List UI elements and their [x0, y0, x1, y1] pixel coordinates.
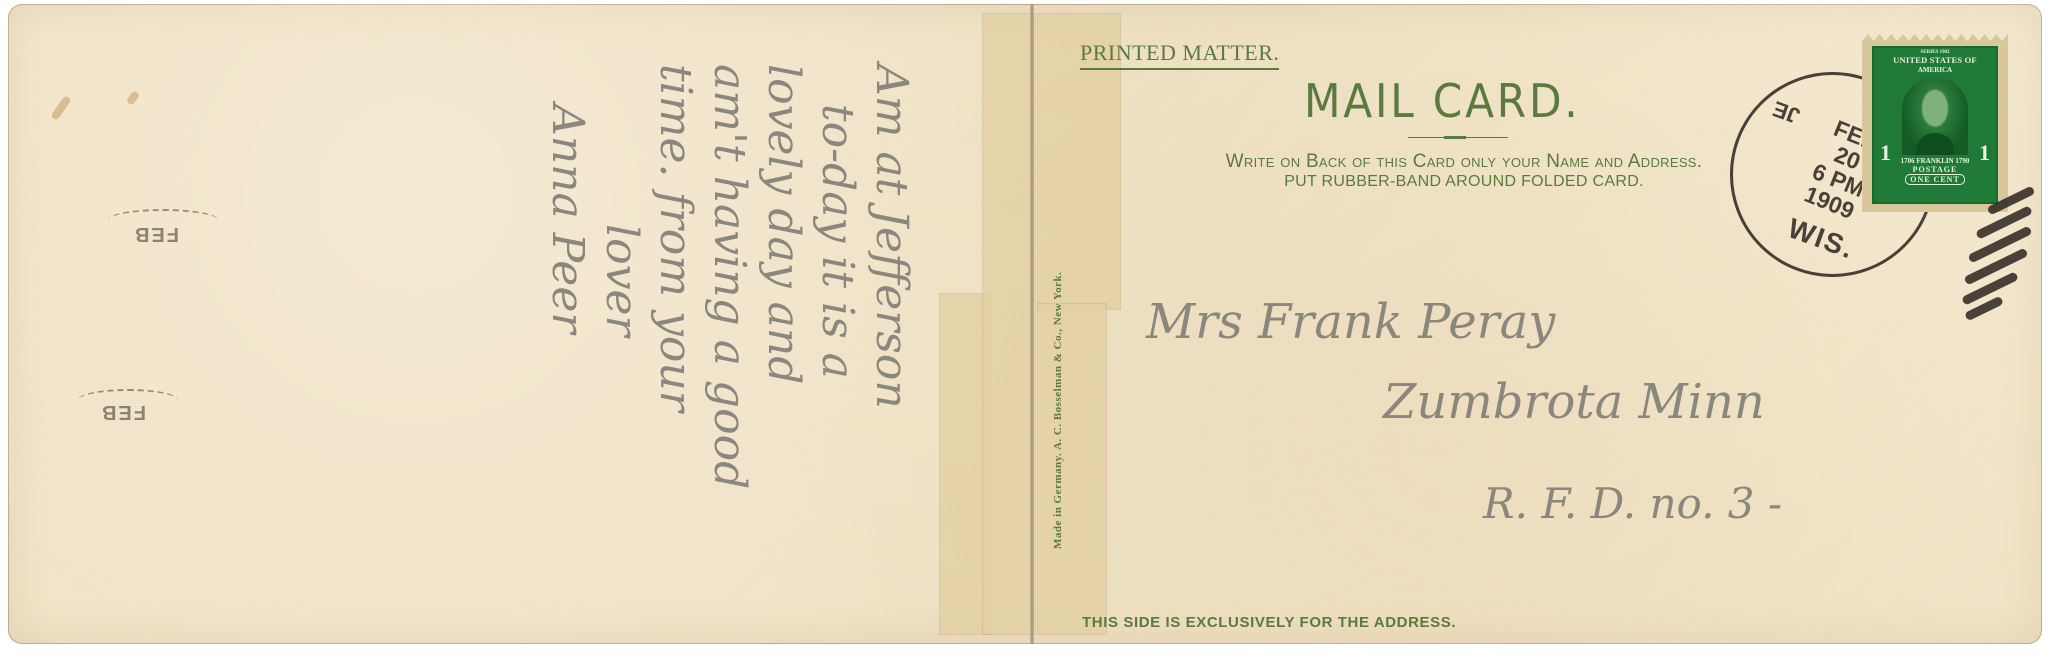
faint-postmark-upper: FEB [133, 222, 179, 245]
address-line-route: R. F. D. no. 3 - [1483, 479, 1782, 528]
message-line: am't having a good [702, 64, 756, 489]
address-side-footer: THIS SIDE IS EXCLUSIVELY FOR THE ADDRESS… [1082, 614, 1456, 631]
stamp-country: UNITED STATES OF [1893, 55, 1977, 65]
stamp-name: 1706 FRANKLIN 1790 [1901, 157, 1970, 165]
instructions-line-1: Write on Back of this Card only your Nam… [1144, 152, 1784, 172]
stamp-design: SERIES 1902 UNITED STATES OF AMERICA 1 1… [1872, 46, 1998, 204]
printed-matter-label: PRINTED MATTER. [1080, 40, 1279, 70]
message-line: Am at Jefferson [864, 64, 918, 489]
address-line-name: Mrs Frank Peray [1146, 294, 1555, 350]
stain [50, 95, 71, 121]
message-line: lovely day and [756, 64, 810, 489]
stamp-america: AMERICA [1918, 66, 1952, 74]
stamp-postage: POSTAGE [1913, 165, 1958, 174]
postmark-town: JE [1769, 95, 1803, 129]
faint-postmark-lower: FEB [100, 400, 146, 423]
handwritten-message: Am at Jefferson to-day it is a lovely da… [540, 64, 918, 489]
message-line: lover [594, 224, 648, 489]
stamp-numeral: 1 [1979, 140, 1990, 166]
stamp-value: ONE CENT [1905, 174, 1965, 185]
stain [126, 90, 141, 106]
mail-card: FEB FEB Am at Jefferson to-day it is a l… [8, 4, 2042, 644]
message-panel: FEB FEB Am at Jefferson to-day it is a l… [8, 4, 1028, 644]
repair-tape [983, 14, 1035, 634]
stamp-numeral: 1 [1880, 140, 1891, 166]
message-signature: Anna Peer [540, 104, 594, 489]
title-divider [1408, 137, 1508, 138]
postage-stamp: SERIES 1902 UNITED STATES OF AMERICA 1 1… [1862, 34, 2008, 212]
address-line-town: Zumbrota Minn [1383, 374, 1765, 430]
instructions: Write on Back of this Card only your Nam… [1144, 152, 1784, 192]
message-line: time. from your [648, 64, 702, 489]
message-line: to-day it is a [810, 104, 864, 489]
instructions-line-2: PUT RUBBER-BAND AROUND FOLDED CARD. [1144, 172, 1784, 192]
franklin-portrait-icon [1902, 77, 1968, 155]
card-title: MAIL CARD. [1304, 74, 1581, 128]
fold-crease [1030, 4, 1034, 644]
